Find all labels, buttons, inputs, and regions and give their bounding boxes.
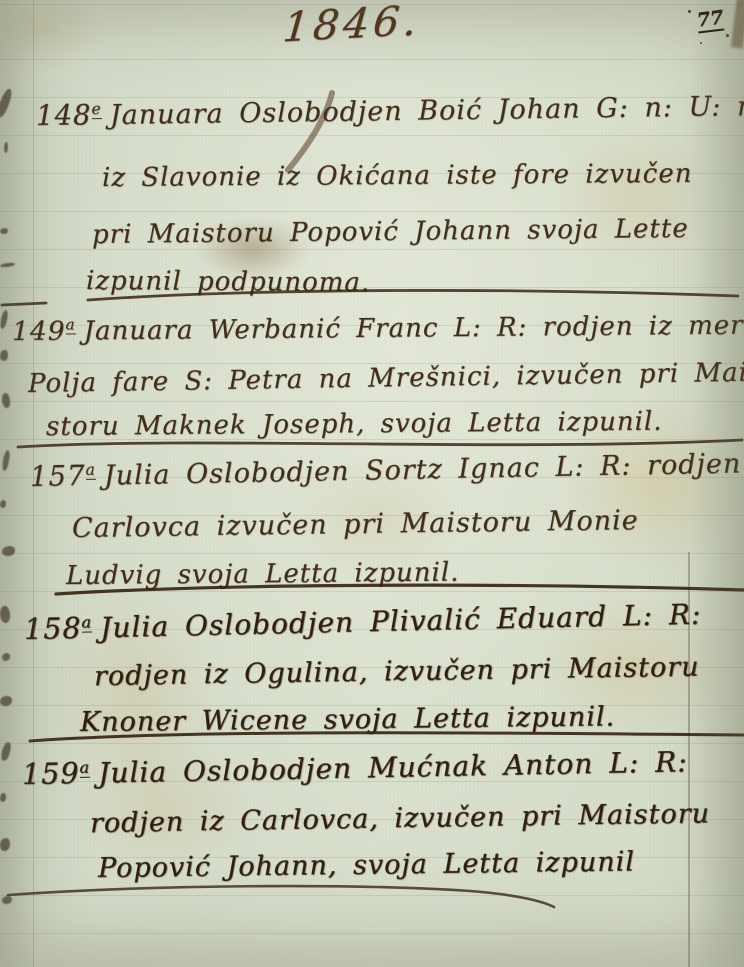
ink-bleed-mark	[4, 142, 8, 153]
entry-3-line-1: 157aJulia Oslobodjen Sortz Ignac L: R: r…	[30, 447, 744, 493]
entry-text: Julia Oslobodjen Mućnak Anton L: R:	[98, 745, 688, 789]
ink-underline	[8, 886, 554, 907]
page-number: 77	[696, 6, 725, 33]
entry-5-line-3: Popović Johann, svoja Letta izpunil	[98, 846, 635, 884]
entry-2-line-3: storu Maknek Joseph, svoja Letta izpunil…	[46, 407, 663, 442]
ink-bleed-mark	[0, 500, 6, 508]
entry-4-line-3: Knoner Wicene svoja Letta izpunil.	[80, 701, 615, 738]
ink-bleed-mark	[0, 605, 11, 623]
ink-bleed-mark	[2, 896, 12, 904]
entry-number: 159	[22, 756, 80, 791]
entry-1-line-4: izpunil podpunoma.	[86, 266, 370, 298]
entry-text: Januara Oslobodjen Boić Johan G: n: U: r…	[110, 90, 744, 131]
ink-bleed-mark	[0, 838, 10, 851]
entry-number: 158	[24, 611, 82, 646]
entry-number: 157	[30, 460, 86, 493]
entry-number: 148	[36, 99, 92, 132]
ink-speck	[700, 42, 702, 44]
ink-bleed-mark	[0, 228, 8, 234]
ink-bleed-mark	[2, 450, 11, 472]
entry-5-line-2: rodjen iz Carlovca, izvučen pri Maistoru	[90, 798, 710, 839]
ink-bleed-mark	[0, 262, 15, 268]
ink-bleed-mark	[0, 741, 12, 761]
entry-2-line-2: Polja fare S: Petra na Mrešnici, izvučen…	[28, 357, 744, 399]
page-edge-shadow	[731, 0, 744, 49]
ink-bleed-mark	[0, 696, 12, 706]
ink-bleed-mark	[2, 546, 15, 556]
entry-3-line-2: Carlovca izvučen pri Maistoru Monie	[72, 505, 639, 544]
ink-bleed-mark	[2, 653, 10, 661]
entry-text: Januara Werbanić Franc L: R: rodjen iz m…	[83, 310, 744, 346]
entry-3-line-3: Ludvig svoja Letta izpunil.	[66, 558, 460, 591]
ink-bleed-mark	[0, 87, 13, 118]
entry-4-line-2: rodjen iz Ogulina, izvučen pri Maistoru	[94, 651, 700, 692]
entry-text: Julia Oslobodjen Plivalić Eduard L: R:	[100, 598, 702, 645]
entry-number-suffix: a	[65, 316, 75, 335]
entry-2-line-1: 149aJanuara Werbanić Franc L: R: rodjen …	[12, 309, 744, 347]
ink-bleed-mark	[0, 350, 8, 361]
manuscript-page: 1846. 77 148eJanuara Oslobodjen Boić Joh…	[0, 0, 744, 967]
entry-number: 149	[12, 316, 66, 347]
entry-1-line-2: iz Slavonie iz Okićana iste fore izvučen	[102, 159, 693, 193]
ink-bleed-mark	[0, 793, 6, 802]
ink-speck	[726, 34, 729, 37]
entry-number-suffix: a	[79, 757, 90, 777]
entry-number-suffix: a	[81, 612, 92, 632]
ink-speck	[688, 10, 691, 13]
entry-1-line-1: 148eJanuara Oslobodjen Boić Johan G: n: …	[36, 89, 744, 132]
ink-bleed-mark	[1, 392, 12, 408]
entry-1-line-3: pri Maistoru Popović Johann svoja Lette	[92, 214, 689, 250]
ink-bleed-mark	[0, 310, 9, 330]
entry-4-line-1: 158aJulia Oslobodjen Plivalić Eduard L: …	[24, 597, 702, 646]
entry-number-suffix: a	[85, 460, 96, 480]
entry-number-suffix: e	[91, 99, 102, 119]
year-heading: 1846.	[281, 0, 422, 52]
entry-5-line-1: 159aJulia Oslobodjen Mućnak Anton L: R:	[22, 744, 688, 791]
paper-stain	[0, 0, 105, 70]
entry-text: Julia Oslobodjen Sortz Ignac L: R: rodje…	[104, 448, 744, 492]
